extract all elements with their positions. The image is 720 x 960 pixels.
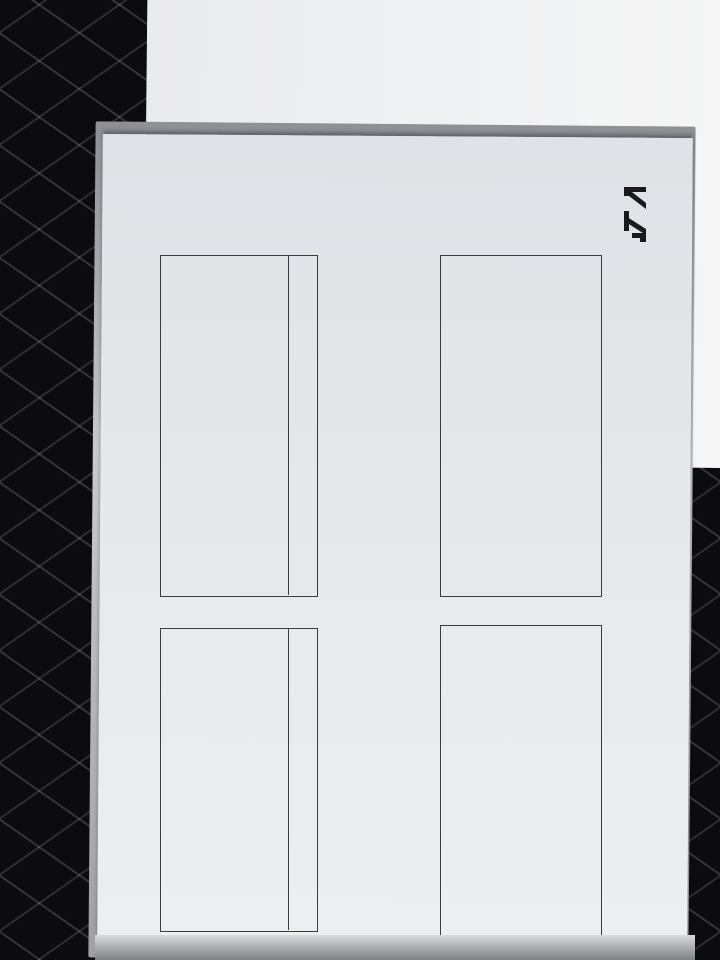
service-record-1-stamp-label-divider <box>288 255 289 595</box>
service-record-1-stamp-box <box>160 255 318 597</box>
kia-logo-icon <box>620 185 650 245</box>
service-record-1-info-box <box>440 255 602 597</box>
booklet-bottom-edge <box>95 935 695 960</box>
service-record-2-info-box <box>440 625 602 937</box>
service-record-2-stamp-label-divider <box>288 628 289 930</box>
service-record-2-stamp-box <box>160 628 318 932</box>
